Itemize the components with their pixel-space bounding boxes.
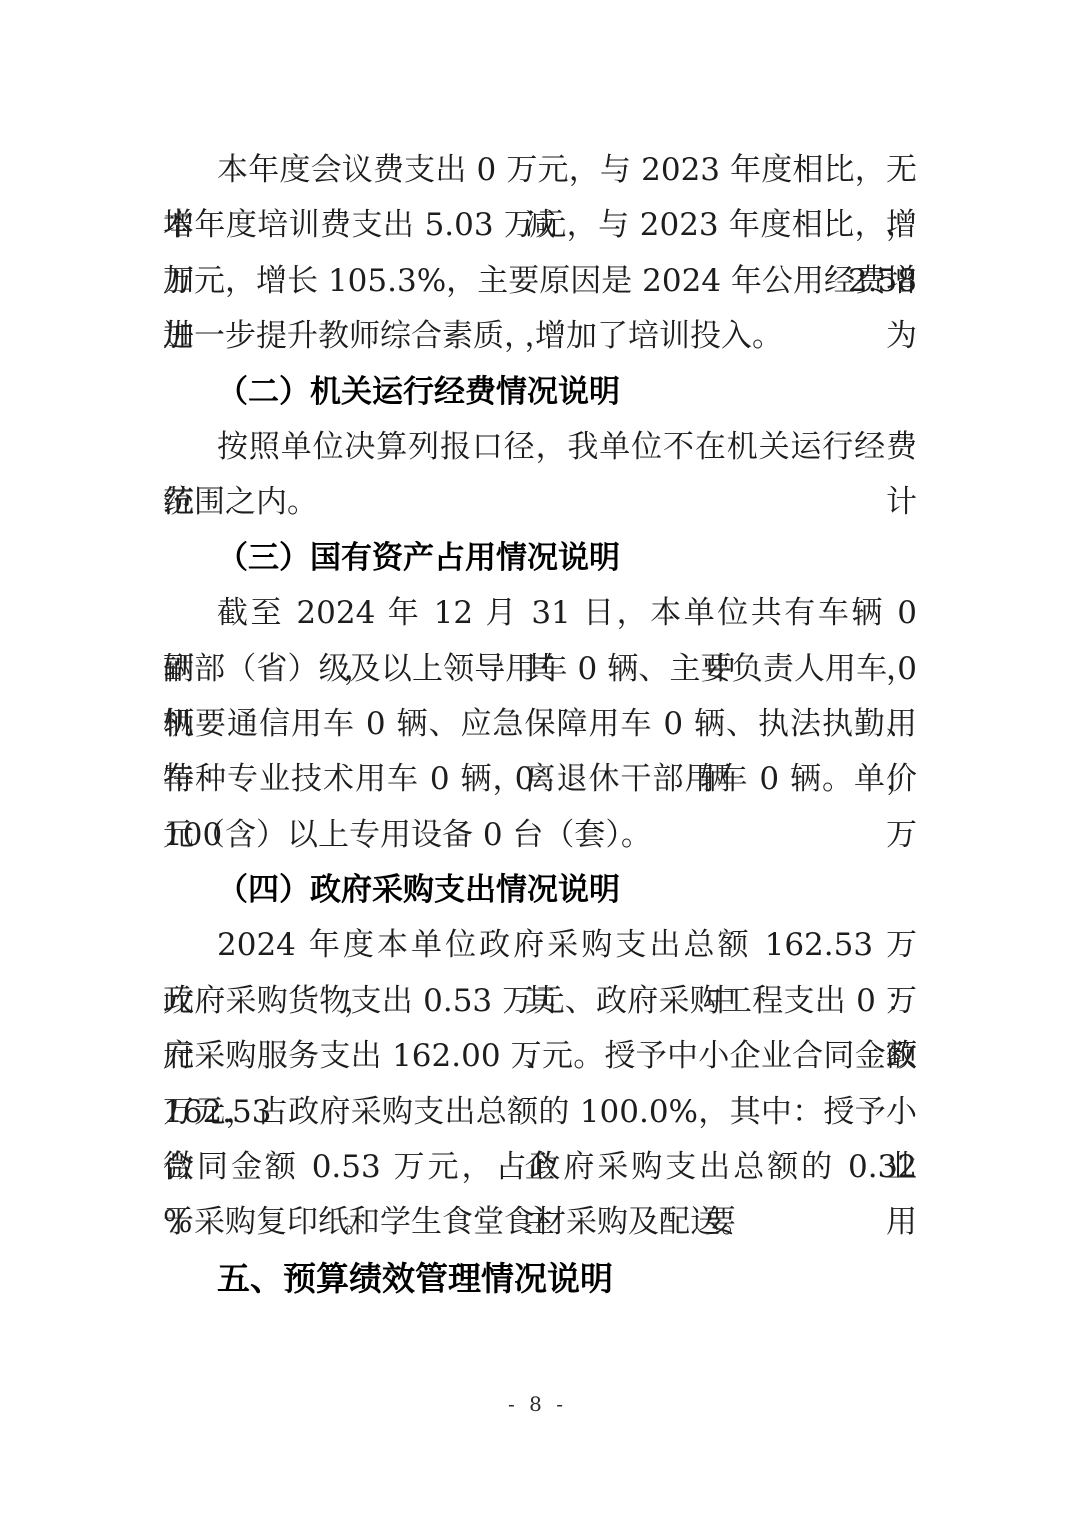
section-heading: （三）国有资产占用情况说明 [163,531,917,586]
text-line: 截至 2024 年 12 月 31 日，本单位共有车辆 0 辆，其中， [163,586,917,641]
document-content: 本年度会议费支出 0 万元，与 2023 年度相比，无增减，本年度培训费支出 5… [163,143,917,1306]
text-line: 府采购服务支出 162.00 万元。授予中小企业合同金额 162.53 [163,1029,917,1084]
document-page: 本年度会议费支出 0 万元，与 2023 年度相比，无增减，本年度培训费支出 5… [0,0,1075,1520]
text-line: 机要通信用车 0 辆、应急保障用车 0 辆、执法执勤用车 0 辆， [163,697,917,752]
page-number: - 8 - [0,1392,1075,1416]
text-line: 合同金额 0.53 万元，占政府采购支出总额的 0.32 %。主要用 [163,1140,917,1195]
text-line: 政府采购货物支出 0.53 万元、政府采购工程支出 0 万元、政 [163,974,917,1029]
text-line: 万元，增长 105.3%，主要原因是 2024 年公用经费增加，为 [163,254,917,309]
text-line: 万元，占政府采购支出总额的 100.0%，其中：授予小微企业 [163,1085,917,1140]
text-line: 本年度培训费支出 5.03 万元，与 2023 年度相比，增加 2.58 [163,198,917,253]
text-line: 特种专业技术用车 0 辆，离退休干部用车 0 辆。单价 100 万 [163,752,917,807]
text-line: 本年度会议费支出 0 万元，与 2023 年度相比，无增减， [163,143,917,198]
section-heading: （四）政府采购支出情况说明 [163,863,917,918]
section-heading: （二）机关运行经费情况说明 [163,365,917,420]
main-heading: 五、预算绩效管理情况说明 [163,1251,917,1306]
text-line: 按照单位决算列报口径，我单位不在机关运行经费统计 [163,420,917,475]
text-line: 副部（省）级及以上领导用车 0 辆、主要负责人用车 0 辆、 [163,642,917,697]
text-line: 2024 年度本单位政府采购支出总额 162.53 万元，其中： [163,918,917,973]
